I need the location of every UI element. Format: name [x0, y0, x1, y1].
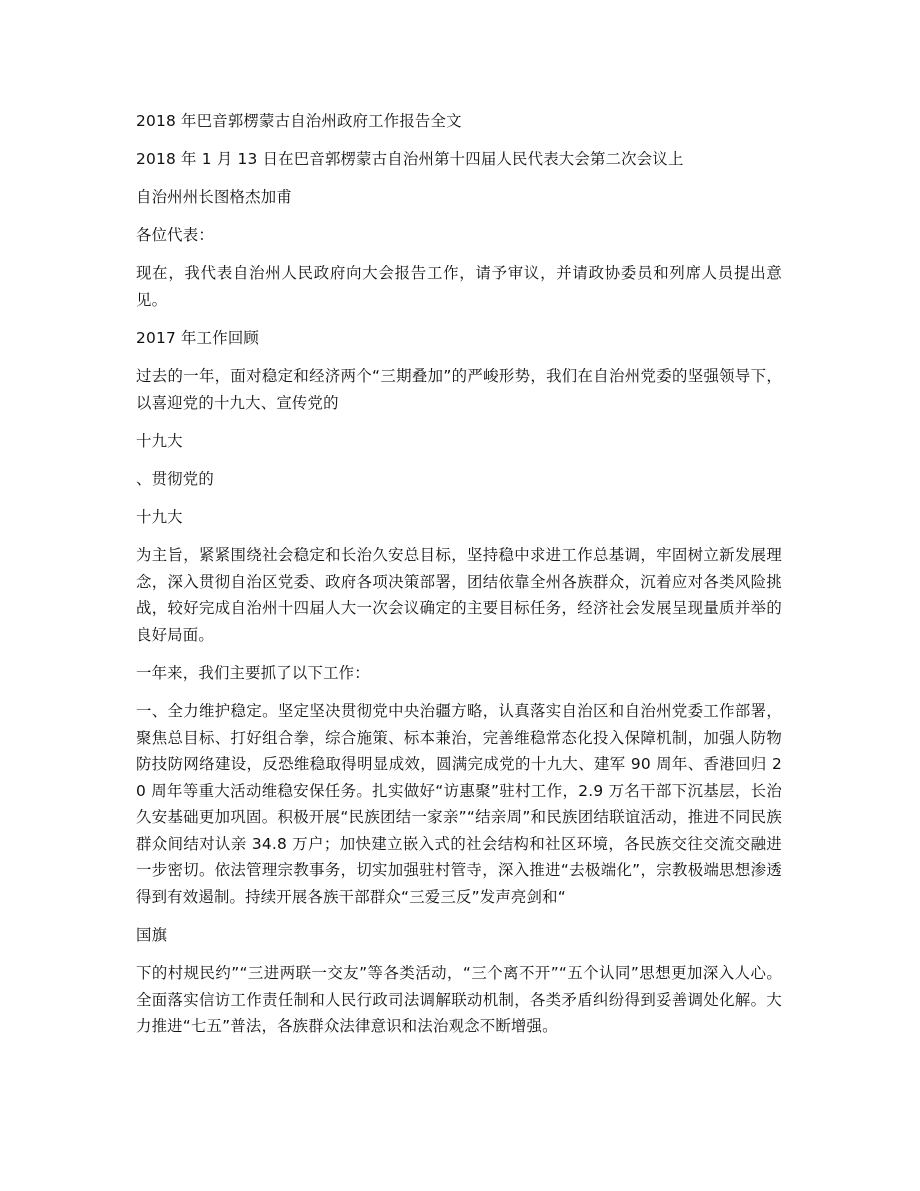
review-paragraph-start: 过去的一年，面对稳定和经济两个“三期叠加”的严峻形势，我们在自治州党委的坚强领导… — [136, 363, 782, 416]
intro-paragraph: 现在，我代表自治州人民政府向大会报告工作，请予审议，并请政协委员和列席人员提出意… — [136, 260, 782, 313]
document-subtitle-date: 2018 年 1 月 13 日在巴音郭楞蒙古自治州第十四届人民代表大会第二次会议… — [136, 146, 782, 173]
fragment-national-flag: 国旗 — [136, 922, 782, 949]
section-heading-2017-review: 2017 年工作回顾 — [136, 325, 782, 352]
document-title: 2018 年巴音郭楞蒙古自治州政府工作报告全文 — [136, 108, 782, 135]
fragment-19th-congress-2: 十九大 — [136, 504, 782, 531]
stability-paragraph-continued: 下的村规民约”“三进两联一交友”等各类活动，“三个离不开”“五个认同”思想更加深… — [136, 960, 782, 1040]
document-page: 2018 年巴音郭楞蒙古自治州政府工作报告全文 2018 年 1 月 13 日在… — [136, 108, 782, 1052]
fragment-implement: 、贯彻党的 — [136, 466, 782, 493]
work-summary-intro: 一年来，我们主要抓了以下工作： — [136, 660, 782, 687]
section-stability-paragraph: 一、全力维护稳定。坚定坚决贯彻党中央治疆方略，认真落实自治区和自治州党委工作部署… — [136, 698, 782, 910]
review-paragraph-main: 为主旨，紧紧围绕社会稳定和长治久安总目标，坚持稳中求进工作总基调，牢固树立新发展… — [136, 542, 782, 648]
fragment-19th-congress-1: 十九大 — [136, 428, 782, 455]
document-author: 自治州州长图格杰加甫 — [136, 184, 782, 211]
salutation: 各位代表： — [136, 222, 782, 249]
